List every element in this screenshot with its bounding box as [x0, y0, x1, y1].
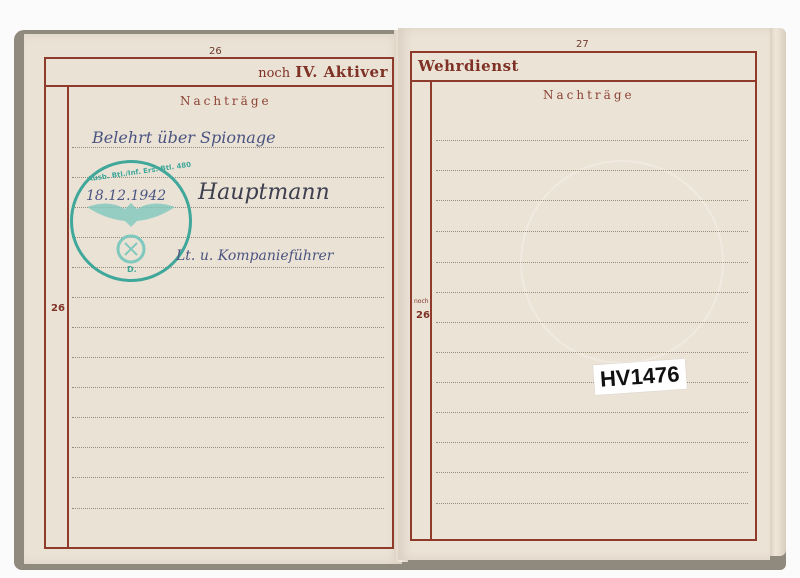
- rule-line: [72, 477, 384, 478]
- rule-line: [436, 352, 748, 353]
- rule-line: [72, 327, 384, 328]
- right-margin-line: [430, 80, 432, 540]
- rule-line: [436, 412, 748, 413]
- left-page-number: 26: [209, 46, 222, 57]
- right-margin-prefix: noch: [414, 298, 429, 305]
- rule-line: [436, 382, 748, 383]
- left-header: noch IV. Aktiver: [258, 62, 388, 81]
- right-subtitle: Nachträge: [543, 88, 635, 102]
- stamp-bottom-text: D.: [127, 265, 137, 274]
- left-margin-line: [67, 85, 69, 548]
- rule-line: [436, 503, 748, 504]
- rule-line: [436, 442, 748, 443]
- left-subtitle: Nachträge: [180, 94, 272, 108]
- rule-line: [436, 170, 748, 171]
- rule-line: [436, 200, 748, 201]
- handwritten-entry: Belehrt über Spionage: [92, 128, 276, 147]
- rule-line: [72, 387, 384, 388]
- right-page-frame: [410, 51, 757, 541]
- rule-line: [436, 472, 748, 473]
- left-margin-number: 26: [51, 303, 65, 314]
- inventory-label: HV1476: [593, 359, 686, 395]
- stamp-date: 18.12.1942: [86, 188, 166, 204]
- section-title: IV. Aktiver: [295, 63, 388, 81]
- right-page-number: 27: [576, 39, 589, 50]
- header-prefix: noch: [258, 66, 290, 81]
- right-margin-number: 26: [416, 310, 430, 321]
- rule-line: [436, 292, 748, 293]
- rule-line: [436, 231, 748, 232]
- rule-line: [72, 357, 384, 358]
- rule-line: [72, 147, 384, 148]
- rule-line: [436, 140, 748, 141]
- rule-line: [436, 262, 748, 263]
- rule-line: [72, 297, 384, 298]
- rule-line: [72, 447, 384, 448]
- rule-line: [72, 417, 384, 418]
- handwritten-rank: Lt. u. Kompanieführer: [176, 248, 334, 264]
- section-title: Wehrdienst: [418, 57, 519, 75]
- official-stamp: Ausb. Btl./Inf. Ers. Btl. 480 D.: [70, 160, 192, 282]
- rule-line: [72, 508, 384, 509]
- rule-line: [436, 322, 748, 323]
- handwritten-signature: Hauptmann: [198, 180, 330, 205]
